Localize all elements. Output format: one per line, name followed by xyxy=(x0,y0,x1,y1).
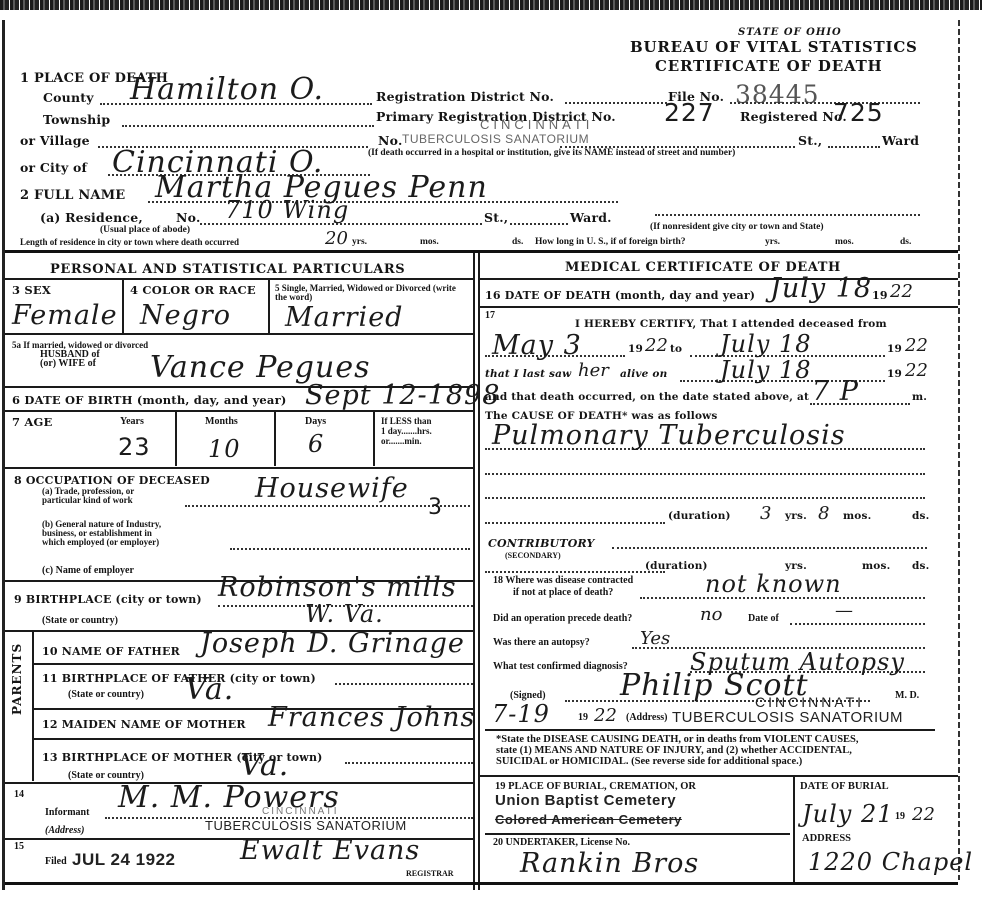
registrar-signature: Ewalt Evans xyxy=(240,835,420,866)
institution-stamp: TUBERCULOSIS SANATORIUM xyxy=(402,132,589,146)
rule xyxy=(793,776,795,882)
rule xyxy=(480,306,958,308)
footnote-line-1: *State the DISEASE CAUSING DEATH, or in … xyxy=(496,734,859,745)
alive-year: 22 xyxy=(905,360,928,381)
mother-birthplace-field xyxy=(345,762,473,764)
column-divider-left xyxy=(473,253,475,890)
mother-birthplace-state-label: (State or country) xyxy=(68,771,144,780)
burial-year: 22 xyxy=(912,804,935,825)
registration-district-label: Registration District No. xyxy=(376,89,554,104)
file-no-value: 38445 xyxy=(735,80,820,109)
burial-date-value: July 21 xyxy=(802,800,893,828)
father-birthplace-label: 11 BIRTHPLACE OF FATHER (city or town) xyxy=(42,672,316,685)
dod-value: July 18 xyxy=(770,273,872,304)
sex-value: Female xyxy=(12,300,118,331)
duration-mos: 8 xyxy=(818,503,829,524)
no-label: No. xyxy=(378,133,403,148)
father-birthplace-state-label: (State or country) xyxy=(68,690,144,699)
burial-year-prefix: 19 xyxy=(895,812,905,821)
scan-left-border xyxy=(2,20,5,890)
rule xyxy=(32,631,34,781)
death-occurred-label: and that death occurred, on the date sta… xyxy=(485,391,809,403)
rule xyxy=(33,738,473,740)
death-time-value: 7 P xyxy=(812,376,859,407)
us-yrs-label: yrs. xyxy=(765,237,780,247)
us-mos-label: mos. xyxy=(835,237,854,247)
autopsy-label: Was there an autopsy? xyxy=(493,638,590,647)
informant-label: Informant xyxy=(45,808,89,817)
file-no-field xyxy=(730,102,920,104)
footnote-line-2: state (1) MEANS AND NATURE OF INJURY, an… xyxy=(496,745,852,756)
color-label: 4 COLOR OR RACE xyxy=(130,283,256,297)
contracted-value: not known xyxy=(705,570,842,598)
primary-registration-value: 227 xyxy=(664,98,715,127)
occupation-a-2: particular kind of work xyxy=(42,496,133,505)
certificate-title: CERTIFICATE OF DEATH xyxy=(655,57,883,75)
rule xyxy=(122,279,124,333)
nonresident-field xyxy=(655,214,920,216)
st-label: St., xyxy=(798,133,822,148)
undertaker-address-label: ADDRESS xyxy=(802,834,851,843)
test-label: What test confirmed diagnosis? xyxy=(493,662,628,671)
dod-year-prefix: 19 xyxy=(872,289,888,302)
occupation-b-3: which employed (or employer) xyxy=(42,538,159,547)
residence-ward-field xyxy=(510,223,568,225)
parents-side-label: PARENTS xyxy=(10,643,24,715)
residence-ward-label: Ward. xyxy=(570,210,612,225)
medical-address-label: (Address) xyxy=(626,713,667,722)
rule xyxy=(485,729,935,731)
nonresident-note: (If nonresident give city or town and St… xyxy=(650,222,824,232)
hospital-note: (If death occurred in a hospital or inst… xyxy=(368,148,735,158)
scan-top-border xyxy=(0,0,982,10)
father-label: 10 NAME OF FATHER xyxy=(42,645,180,658)
date-of-label: Date of xyxy=(748,614,779,623)
father-birthplace-field xyxy=(335,683,473,685)
occupation-c-label: (c) Name of employer xyxy=(42,566,134,575)
rule xyxy=(485,833,790,835)
last-saw-label: that I last saw xyxy=(485,368,571,380)
rule xyxy=(480,278,958,280)
residence-no-label: No. xyxy=(176,210,201,225)
burial-place-label: 19 PLACE OF BURIAL, CREMATION, OR xyxy=(495,782,696,791)
age-label: 7 AGE xyxy=(12,415,53,429)
occupation-a-value: Housewife xyxy=(255,473,409,504)
registrar-label: REGISTRAR xyxy=(406,869,454,878)
item-17-num: 17 xyxy=(485,311,495,320)
rule xyxy=(373,411,375,466)
full-name-label: 2 FULL NAME xyxy=(20,188,125,203)
undertaker-label: 20 UNDERTAKER, License No. xyxy=(493,838,630,847)
footnote-line-3: SUICIDAL or HOMICIDAL. (See reverse side… xyxy=(496,756,802,767)
duration-yrs: 3 xyxy=(760,503,771,524)
duration-yrs-label: yrs. xyxy=(785,510,807,522)
county-value: Hamilton O. xyxy=(130,72,324,107)
medical-stamp-city: CINCINNATI xyxy=(755,694,864,710)
duration2-ds-label: ds. xyxy=(912,560,930,572)
length-yrs-value: 20 xyxy=(325,228,348,249)
dod-year: 22 xyxy=(890,281,913,302)
filed-num: 15 xyxy=(14,842,24,851)
registration-stamp-city: CINCINNATI xyxy=(480,117,593,132)
residence-st-label: St., xyxy=(484,210,508,225)
months-value: 10 xyxy=(208,435,241,463)
cause-field-2 xyxy=(485,473,925,475)
signed-year-prefix: 19 xyxy=(578,713,588,722)
md-label: M. D. xyxy=(895,691,919,700)
contracted-label-1: 18 Where was disease contracted xyxy=(493,576,633,585)
father-value: Joseph D. Grinage xyxy=(200,628,465,659)
operation-label: Did an operation precede death? xyxy=(493,614,632,623)
spouse-label-3: (or) WIFE of xyxy=(40,359,96,368)
registered-no-label: Registered No. xyxy=(740,109,847,124)
from-year: 22 xyxy=(645,335,668,356)
birthplace-state-label: (State or country) xyxy=(42,616,118,625)
rule xyxy=(5,278,473,280)
alive-on-value: July 18 xyxy=(720,356,811,384)
color-value: Negro xyxy=(140,300,231,331)
state-title: STATE OF OHIO xyxy=(738,27,842,38)
ward-field xyxy=(828,146,880,148)
informant-address-value: TUBERCULOSIS SANATORIUM xyxy=(205,818,407,833)
city-label: or City of xyxy=(20,160,87,175)
days-label: Days xyxy=(305,417,326,426)
county-label: County xyxy=(43,90,94,105)
to-year-prefix: 19 xyxy=(887,343,902,355)
signed-date: 7-19 xyxy=(492,700,550,728)
days-value: 6 xyxy=(308,430,324,458)
mother-label: 12 MAIDEN NAME OF MOTHER xyxy=(42,718,246,731)
us-ds-label: ds. xyxy=(900,237,911,247)
dob-value: Sept 12-1898 xyxy=(305,380,500,411)
date-of-field xyxy=(790,623,925,625)
operation-value: no xyxy=(700,604,722,625)
registration-district-field xyxy=(565,102,667,104)
secondary-label: (SECONDARY) xyxy=(505,551,561,560)
burial-date-label: DATE OF BURIAL xyxy=(800,782,889,791)
dod-label: 16 DATE OF DEATH (month, day and year) xyxy=(485,289,755,302)
occupation-b-field xyxy=(230,548,470,550)
father-birthplace-value: Va. xyxy=(185,672,234,707)
filed-date: JUL 24 1922 xyxy=(72,850,175,870)
duration2-mos-label: mos. xyxy=(862,560,890,572)
cause-field-3 xyxy=(485,497,925,499)
dob-label: 6 DATE OF BIRTH (month, day, and year) xyxy=(12,393,286,407)
contributory-field xyxy=(612,547,927,549)
to-value: July 18 xyxy=(720,330,811,358)
residence-label: (a) Residence, xyxy=(40,210,143,225)
mother-birthplace-value: Va. xyxy=(240,748,289,783)
rule xyxy=(5,333,473,335)
rule xyxy=(175,411,177,466)
birthplace-state-value: W. Va. xyxy=(305,600,384,628)
months-label: Months xyxy=(205,417,238,426)
bottom-border xyxy=(5,882,958,885)
autopsy-value: Yes xyxy=(640,628,670,649)
column-divider-right xyxy=(478,253,480,890)
alive-on-label: alive on xyxy=(620,368,667,380)
to-label: to xyxy=(670,343,682,355)
mother-value: Frances Johns xyxy=(268,702,475,733)
years-value: 23 xyxy=(118,433,151,461)
scan-right-border xyxy=(958,20,960,880)
rule xyxy=(268,279,270,333)
usual-place-note: (Usual place of abode) xyxy=(100,225,190,235)
rule xyxy=(33,663,473,665)
medical-address-value: TUBERCULOSIS SANATORIUM xyxy=(672,709,903,726)
informant-stamp-city: CINCINNATI xyxy=(262,806,338,817)
to-year: 22 xyxy=(905,335,928,356)
rule xyxy=(5,467,473,469)
less-than-3: or.......min. xyxy=(381,437,422,446)
contracted-label-2: if not at place of death? xyxy=(513,588,613,597)
length-residence-label: Length of residence in city or town wher… xyxy=(20,237,239,247)
alive-year-prefix: 19 xyxy=(887,368,902,380)
duration-mos-label: mos. xyxy=(843,510,871,522)
informant-address-label: (Address) xyxy=(45,826,84,835)
rule xyxy=(480,775,958,777)
header-divider xyxy=(5,250,958,253)
m-label: m. xyxy=(912,391,927,403)
how-long-us-label: How long in U. S., if of foreign birth? xyxy=(535,237,686,247)
personal-section-title: PERSONAL AND STATISTICAL PARTICULARS xyxy=(50,262,405,277)
registered-no-value: 725 xyxy=(833,98,884,127)
occupation-code: 3 xyxy=(428,495,443,520)
birthplace-label: 9 BIRTHPLACE (city or town) xyxy=(14,593,202,606)
burial-place-value: Union Baptist Cemetery xyxy=(495,792,676,809)
date-of-value: — xyxy=(835,600,853,621)
informant-num: 14 xyxy=(14,790,24,799)
sex-label: 3 SEX xyxy=(12,283,51,297)
contributory-label: CONTRIBUTORY xyxy=(488,537,595,550)
years-label: Years xyxy=(120,417,144,426)
duration-label: (duration) xyxy=(668,510,731,522)
less-than-2: 1 day.......hrs. xyxy=(381,427,432,436)
marital-label: 5 Single, Married, Widowed or Divorced (… xyxy=(275,284,460,302)
marital-value: Married xyxy=(285,302,403,333)
cause-value: Pulmonary Tuberculosis xyxy=(492,420,846,451)
certify-text: I HEREBY CERTIFY, That I attended deceas… xyxy=(575,318,887,330)
duration2-prefix-field xyxy=(485,571,665,573)
duration-ds-label: ds. xyxy=(912,510,930,522)
undertaker-value: Rankin Bros xyxy=(520,848,699,879)
rule xyxy=(5,410,473,412)
from-year-prefix: 19 xyxy=(628,343,643,355)
undertaker-address-value: 1220 Chapel xyxy=(808,848,973,876)
village-label: or Village xyxy=(20,133,90,148)
length-ds-label: ds. xyxy=(512,237,523,247)
less-than-1: If LESS than xyxy=(381,417,432,426)
from-value: May 3 xyxy=(492,330,582,361)
length-yrs-label: yrs. xyxy=(352,237,367,247)
bureau-title: BUREAU OF VITAL STATISTICS xyxy=(630,38,918,56)
birthplace-value: Robinson's mills xyxy=(218,572,457,603)
duration2-label: (duration) xyxy=(645,560,708,572)
rule xyxy=(274,411,276,466)
township-field xyxy=(122,125,374,127)
filed-label: Filed xyxy=(45,857,67,866)
township-label: Township xyxy=(43,112,110,127)
residence-value: 710 Wing xyxy=(225,196,349,224)
duration-prefix-field xyxy=(485,522,665,524)
signed-year: 22 xyxy=(594,705,617,726)
signed-label: (Signed) xyxy=(510,691,546,700)
length-mos-label: mos. xyxy=(420,237,439,247)
last-saw-pronoun: her xyxy=(578,360,609,381)
burial-struck-value: Colored American Cemetery xyxy=(495,812,682,827)
ward-label: Ward xyxy=(882,133,919,148)
